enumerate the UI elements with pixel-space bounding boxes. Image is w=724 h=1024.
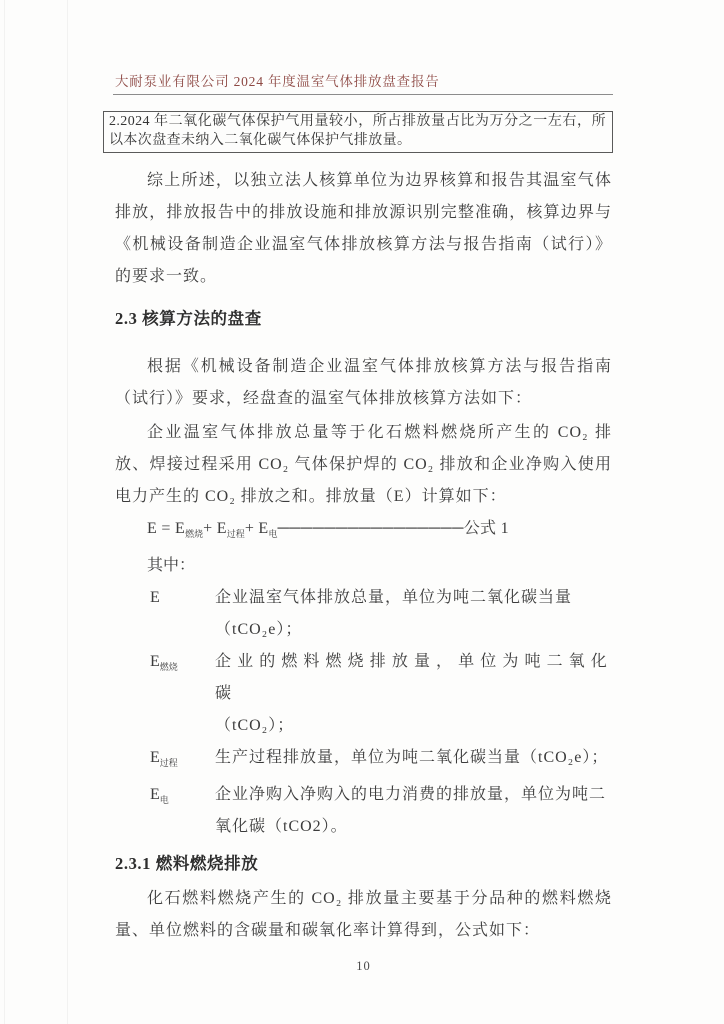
section-heading-2-3-1: 2.3.1 燃料燃烧排放	[115, 853, 612, 875]
definition-term-symbol: E	[150, 749, 160, 766]
definition-term: E过程	[150, 742, 215, 779]
report-header-title: 大耐泵业有限公司 2024 年度温室气体排放盘查报告	[115, 73, 612, 91]
definition-term-subscript: 电	[160, 796, 169, 806]
definition-term-subscript: 过程	[160, 758, 178, 768]
paragraph-summary: 综上所述，以独立法人核算单位为边界核算和报告其温室气体排放，排放报告中的排放设施…	[115, 165, 612, 293]
definition-line: 生产过程排放量，单位为吨二氧化碳当量（tCO₂e）；	[215, 742, 612, 774]
formula-op2: + E	[245, 520, 269, 537]
paragraph-basis: 根据《机械设备制造企业温室气体排放核算方法与报告指南（试行）》要求，经盘查的温室…	[115, 351, 612, 415]
definition-row: E过程 生产过程排放量，单位为吨二氧化碳当量（tCO₂e）；	[150, 742, 612, 779]
scanned-report-page: 大耐泵业有限公司 2024 年度温室气体排放盘查报告 2.2024 年二氧化碳气…	[0, 0, 724, 1024]
header-divider	[113, 94, 613, 95]
definition-term: E	[150, 582, 215, 646]
definition-line: （tCO₂）；	[215, 710, 612, 742]
definition-row: E燃烧 企业的燃料燃烧排放量，单位为吨二氧化碳（tCO₂）；	[150, 646, 612, 742]
definition-row: E电 企业净购入净购入的电力消费的排放量，单位为吨二氧化碳（tCO2）。	[150, 779, 612, 843]
definition-line: 氧化碳（tCO2）。	[215, 811, 612, 843]
definition-line: 企业净购入净购入的电力消费的排放量，单位为吨二	[215, 779, 612, 811]
definition-line: 企业的燃料燃烧排放量，单位为吨二氧化碳	[215, 646, 612, 710]
formula-lhs: E = E	[147, 520, 185, 537]
scan-artifact-line	[4, 0, 5, 1024]
note-box: 2.2024 年二氧化碳气体保护气用量较小，所占排放量占比为万分之一左右，所以本…	[103, 111, 613, 153]
definition-term: E燃烧	[150, 646, 215, 742]
definition-row: E 企业温室气体排放总量，单位为吨二氧化碳当量（tCO₂e）；	[150, 582, 612, 646]
section-heading-2-3: 2.3 核算方法的盘查	[115, 308, 612, 330]
definition-text: 生产过程排放量，单位为吨二氧化碳当量（tCO₂e）；	[215, 742, 612, 779]
definition-line: 企业温室气体排放总量，单位为吨二氧化碳当量	[215, 582, 612, 614]
definition-line: （tCO₂e）；	[215, 614, 612, 646]
paragraph-total-emission: 企业温室气体排放总量等于化石燃料燃烧所产生的 CO₂ 排放、焊接过程采用 CO₂…	[115, 417, 612, 513]
formula-subscript-electricity: 电	[269, 529, 278, 539]
scan-artifact-line	[67, 0, 68, 1024]
formula-subscript-fuel: 燃烧	[185, 529, 203, 539]
formula-op1: + E	[203, 520, 227, 537]
paragraph-fuel-intro: 化石燃料燃烧产生的 CO₂ 排放量主要基于分品种的燃料燃烧量、单位燃料的含碳量和…	[115, 883, 612, 947]
definition-term-symbol: E	[150, 653, 160, 670]
definition-list: E 企业温室气体排放总量，单位为吨二氧化碳当量（tCO₂e）； E燃烧 企业的燃…	[115, 582, 612, 843]
definition-text: 企业的燃料燃烧排放量，单位为吨二氧化碳（tCO₂）；	[215, 646, 612, 742]
page-number: 10	[115, 959, 612, 974]
definition-text: 企业净购入净购入的电力消费的排放量，单位为吨二氧化碳（tCO2）。	[215, 779, 612, 843]
formula-subscript-process: 过程	[227, 529, 245, 539]
definition-term-subscript: 燃烧	[160, 662, 178, 672]
definition-term-symbol: E	[150, 589, 160, 606]
definition-term: E电	[150, 779, 215, 843]
where-label: 其中：	[115, 550, 612, 582]
formula-dash-line: ────────────────	[278, 520, 464, 537]
definition-text: 企业温室气体排放总量，单位为吨二氧化碳当量（tCO₂e）；	[215, 582, 612, 646]
formula-1: E = E燃烧+ E过程+ E电────────────────公式 1	[115, 513, 612, 550]
definition-term-symbol: E	[150, 786, 160, 803]
page-content: 大耐泵业有限公司 2024 年度温室气体排放盘查报告 2.2024 年二氧化碳气…	[115, 73, 612, 974]
formula-label: 公式 1	[464, 520, 509, 537]
